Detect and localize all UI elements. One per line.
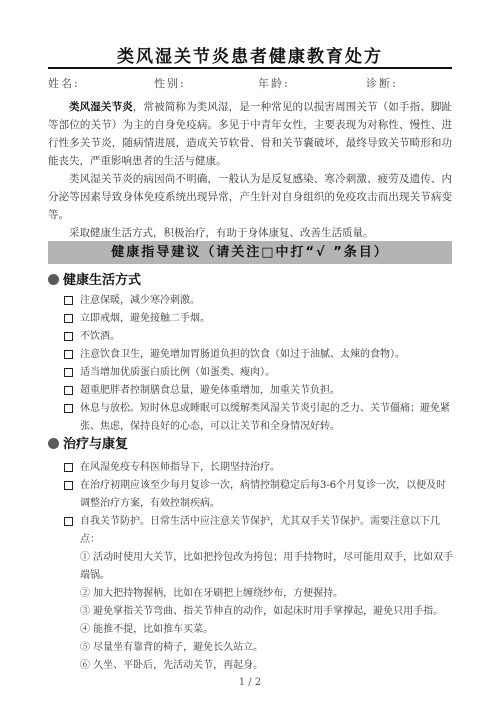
checklist-item-text: 注意饮食卫生，避免增加胃肠道负担的饮食（如过于油腻、太辣的食物）。 xyxy=(80,349,405,360)
gender-field-label: 性别: xyxy=(154,75,186,91)
sub-point: ③ 避免掌指关节弯曲、指关节伸直的动作，如起床时用手掌撑起，避免只用手指。 xyxy=(80,603,454,621)
sub-point: ④ 能推不提，比如推车买菜。 xyxy=(80,621,454,639)
treatment-checklist: 在风湿免疫专科医师指导下，长期坚持治疗。 在治疗初期应该至少每月复诊一次，病情控… xyxy=(64,459,454,675)
diagnosis-field-label: 诊断: xyxy=(366,75,398,91)
checkbox[interactable] xyxy=(64,517,73,526)
document-page: 类风湿关节炎患者健康教育处方 姓名: 性别: 年龄: 诊断: 类风湿关节炎，常被… xyxy=(0,0,500,707)
section-heading-lifestyle: 健康生活方式 xyxy=(48,272,141,290)
patient-info-row: 姓名: 性别: 年龄: 诊断: xyxy=(48,75,452,91)
checklist-item: 休息与放松。短时休息或睡眠可以缓解类风湿关节炎引起的乏力、关节僵痛；避免紧张、焦… xyxy=(64,400,454,436)
intro-paragraph-3: 采取健康生活方式，积极治疗，有助于身体康复、改善生活质量。 xyxy=(48,224,452,242)
title-divider xyxy=(48,67,452,69)
checkbox[interactable] xyxy=(64,404,73,413)
checklist-item-text: 自我关节防护。日常生活中应注意关节保护，尤其双手关节保护。需要注意以下几点： xyxy=(80,516,440,545)
checklist-item-text: 立即戒烟，避免接触二手烟。 xyxy=(80,313,210,324)
checkbox[interactable] xyxy=(64,386,73,395)
checklist-item-text: 在治疗初期应该至少每月复诊一次，病情控制稳定后每3-6个月复诊一次，以便及时调整… xyxy=(80,480,446,509)
checkbox[interactable] xyxy=(64,463,73,472)
intro-term: 类风湿关节炎 xyxy=(69,101,133,113)
checklist-item-text: 不饮酒。 xyxy=(80,331,120,342)
sub-point: ① 活动时使用大关节，比如把拎包改为挎包；用手持物时，尽可能用双手，比如双手端锅… xyxy=(80,549,454,585)
lifestyle-checklist: 注意保暖，减少寒冷刺激。 立即戒烟，避免接触二手烟。 不饮酒。 注意饮食卫生，避… xyxy=(64,292,454,436)
joint-protection-points: ① 活动时使用大关节，比如把拎包改为挎包；用手持物时，尽可能用双手，比如双手端锅… xyxy=(64,549,454,675)
checklist-item: 注意饮食卫生，避免增加胃肠道负担的饮食（如过于油腻、太辣的食物）。 xyxy=(64,346,454,364)
checklist-item: 立即戒烟，避免接触二手烟。 xyxy=(64,310,454,328)
checklist-item: 超重肥胖者控制膳食总量，避免体重增加，加重关节负担。 xyxy=(64,382,454,400)
checklist-item: 在风湿免疫专科医师指导下，长期坚持治疗。 xyxy=(64,459,454,477)
checklist-item: 注意保暖，减少寒冷刺激。 xyxy=(64,292,454,310)
bullet-circle-icon xyxy=(48,274,59,285)
checkbox[interactable] xyxy=(64,350,73,359)
page-indicator: 1 / 2 xyxy=(0,677,500,688)
guidance-banner: 健康指导建议（请关注□中打“√ ”条目） xyxy=(48,241,452,264)
name-field-label: 姓名: xyxy=(48,75,80,91)
checkbox[interactable] xyxy=(64,481,73,490)
section-heading-text: 治疗与康复 xyxy=(63,437,128,452)
checklist-item-text: 适当增加优质蛋白质比例（如蛋类、瘦肉）。 xyxy=(80,367,275,378)
intro-paragraph-1: 类风湿关节炎，常被简称为类风湿，是一种常见的以损害周围关节（如手指、脚趾等部位的… xyxy=(48,98,452,170)
checklist-item: 适当增加优质蛋白质比例（如蛋类、瘦肉）。 xyxy=(64,364,454,382)
checkbox[interactable] xyxy=(64,368,73,377)
document-title: 类风湿关节炎患者健康教育处方 xyxy=(0,42,500,67)
checklist-item: 自我关节防护。日常生活中应注意关节保护，尤其双手关节保护。需要注意以下几点： xyxy=(64,513,454,549)
checkbox[interactable] xyxy=(64,332,73,341)
checklist-item-text: 注意保暖，减少寒冷刺激。 xyxy=(80,295,200,306)
bullet-circle-icon xyxy=(48,438,59,449)
age-field-label: 年龄: xyxy=(258,75,290,91)
checkbox[interactable] xyxy=(64,296,73,305)
checklist-item-text: 超重肥胖者控制膳食总量，避免体重增加，加重关节负担。 xyxy=(80,385,340,396)
checklist-item: 在治疗初期应该至少每月复诊一次，病情控制稳定后每3-6个月复诊一次，以便及时调整… xyxy=(64,477,454,513)
sub-point: ② 加大把持物握柄，比如在牙刷把上缠绕纱布，方便握持。 xyxy=(80,585,454,603)
checklist-item-text: 在风湿免疫专科医师指导下，长期坚持治疗。 xyxy=(80,462,280,473)
sub-point: ⑥ 久坐、平卧后，先活动关节，再起身。 xyxy=(80,657,454,675)
checkbox[interactable] xyxy=(64,314,73,323)
checklist-item: 不饮酒。 xyxy=(64,328,454,346)
sub-point: ⑤ 尽量坐有靠背的椅子，避免长久站立。 xyxy=(80,639,454,657)
intro-text: 类风湿关节炎，常被简称为类风湿，是一种常见的以损害周围关节（如手指、脚趾等部位的… xyxy=(48,98,452,242)
intro-paragraph-2: 类风湿关节炎的病因尚不明确，一般认为是反复感染、寒冷刺激、疲劳及遗传、内分泌等因… xyxy=(48,170,452,224)
checklist-item-text: 休息与放松。短时休息或睡眠可以缓解类风湿关节炎引起的乏力、关节僵痛；避免紧张、焦… xyxy=(80,403,450,432)
section-heading-text: 健康生活方式 xyxy=(63,273,141,288)
section-heading-treatment: 治疗与康复 xyxy=(48,436,128,454)
